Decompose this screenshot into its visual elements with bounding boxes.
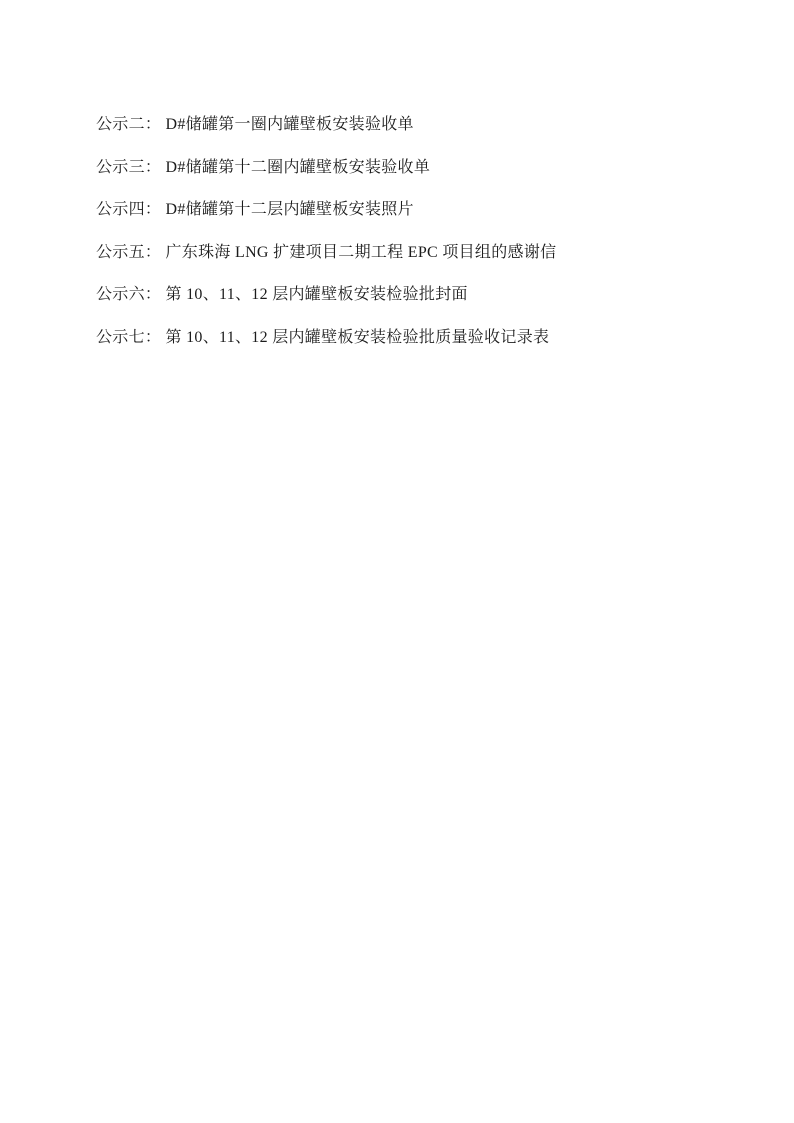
list-item-gongshi-2: 公示二： D#储罐第一圈内罐壁板安装验收单 <box>96 104 724 147</box>
list-item-gongshi-3: 公示三： D#储罐第十二圈内罐壁板安装验收单 <box>96 147 724 190</box>
list-item-gongshi-6: 公示六： 第 10、11、12 层内罐壁板安装检验批封面 <box>96 274 724 317</box>
list-item-gongshi-5: 公示五： 广东珠海 LNG 扩建项目二期工程 EPC 项目组的感谢信 <box>96 232 724 275</box>
list-item-gongshi-7: 公示七： 第 10、11、12 层内罐壁板安装检验批质量验收记录表 <box>96 317 724 360</box>
list-item-gongshi-4: 公示四： D#储罐第十二层内罐壁板安装照片 <box>96 189 724 232</box>
document-page: 公示二： D#储罐第一圈内罐壁板安装验收单 公示三： D#储罐第十二圈内罐壁板安… <box>0 0 794 1123</box>
document-body: 公示二： D#储罐第一圈内罐壁板安装验收单 公示三： D#储罐第十二圈内罐壁板安… <box>96 104 724 359</box>
